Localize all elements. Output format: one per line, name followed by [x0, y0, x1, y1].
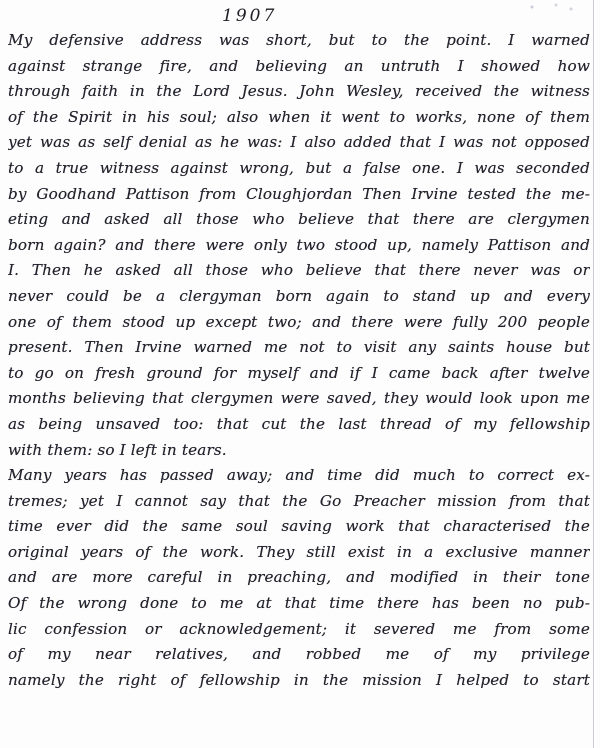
text-line: eting and asked all those who believe th…	[8, 207, 590, 233]
text-line: one of them stood up except two; and the…	[8, 310, 590, 336]
text-line: born again? and there were only two stoo…	[8, 233, 590, 259]
text-line: Many years has passed away; and time did…	[8, 463, 590, 489]
year-heading: 1907	[222, 6, 277, 26]
handwritten-text-body: My defensive address was short, but to t…	[8, 28, 590, 693]
text-line: namely the right of fellowship in the mi…	[8, 668, 590, 694]
text-line: original years of the work. They still e…	[8, 540, 590, 566]
text-line: present. Then Irvine warned me not to vi…	[8, 335, 590, 361]
text-line: tremes; yet I cannot say that the Go Pre…	[8, 489, 590, 515]
text-line: against strange fire, and believing an u…	[8, 54, 590, 80]
text-line: time ever did the same soul saving work …	[8, 514, 590, 540]
paper-speckle	[520, 2, 580, 12]
text-line: never could be a clergyman born again to…	[8, 284, 590, 310]
text-line: and are more careful in preaching, and m…	[8, 565, 590, 591]
text-line: Of the wrong done to me at that time the…	[8, 591, 590, 617]
text-line: to a true witness against wrong, but a f…	[8, 156, 590, 182]
text-line: of my near relatives, and robbed me of m…	[8, 642, 590, 668]
text-line: of the Spirit in his soul; also when it …	[8, 105, 590, 131]
text-line: through faith in the Lord Jesus. John We…	[8, 79, 590, 105]
text-line: as being unsaved too: that cut the last …	[8, 412, 590, 438]
text-line: with them: so I left in tears.	[8, 438, 590, 464]
text-line: yet was as self denial as he was: I also…	[8, 130, 590, 156]
text-line: My defensive address was short, but to t…	[8, 28, 590, 54]
text-line: to go on fresh ground for myself and if …	[8, 361, 590, 387]
text-line: I. Then he asked all those who believe t…	[8, 258, 590, 284]
text-line: lic confession or acknowledgement; it se…	[8, 617, 590, 643]
text-line: months believing that clergymen were sav…	[8, 386, 590, 412]
text-line: by Goodhand Pattison from Cloughjordan T…	[8, 182, 590, 208]
manuscript-page: 1907 My defensive address was short, but…	[0, 0, 600, 748]
page-edge-line	[593, 0, 594, 748]
